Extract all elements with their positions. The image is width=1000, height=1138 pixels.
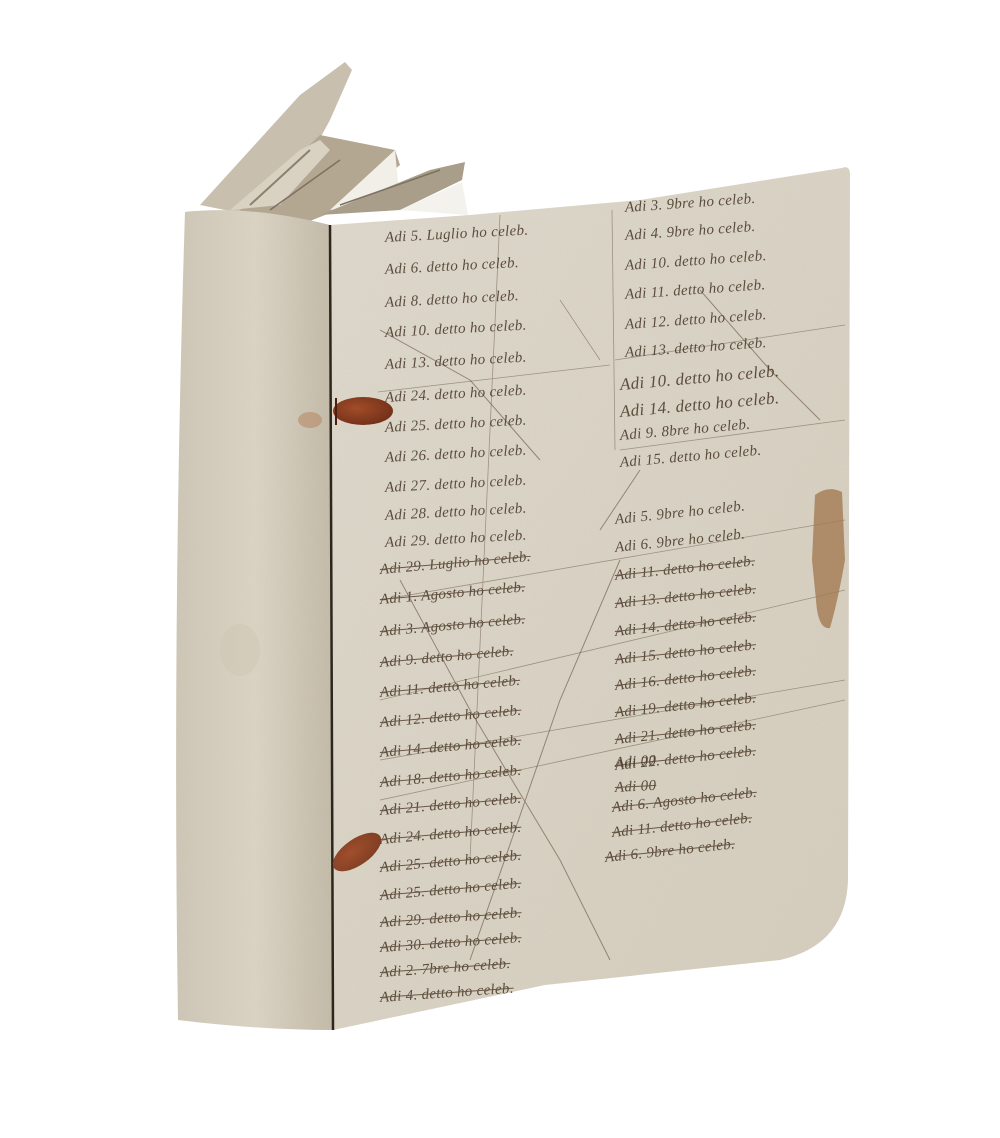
book-front-cover <box>330 167 850 1030</box>
photo-scene: Adi 5. Luglio ho celeb. Adi 6. detto ho … <box>0 0 1000 1138</box>
book-spine <box>176 210 333 1030</box>
vellum-book-illustration <box>0 0 1000 1138</box>
leather-tie-top <box>333 397 393 425</box>
page-edges <box>200 62 468 225</box>
